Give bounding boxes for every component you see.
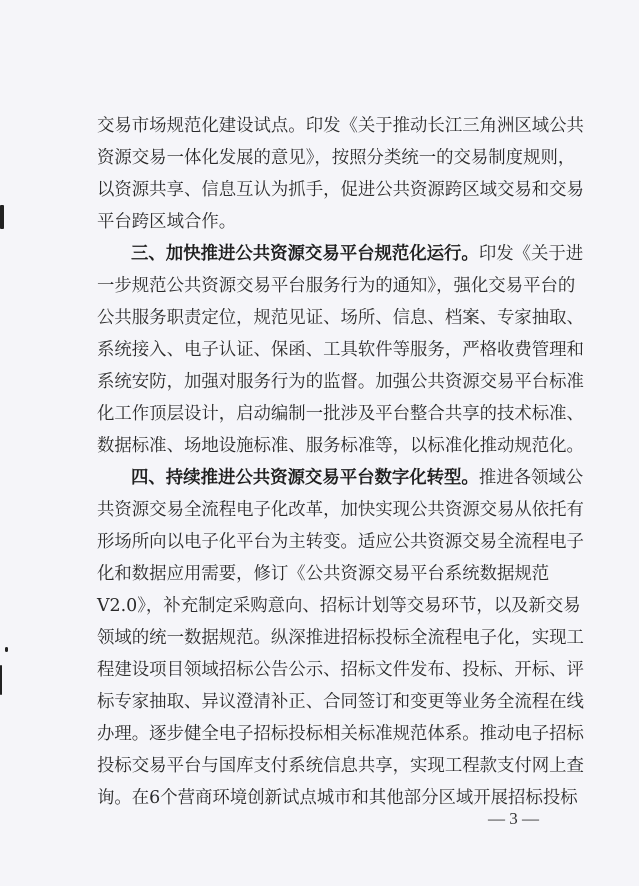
- body-line: 平台跨区域合作。: [97, 210, 549, 234]
- document-page: 交易市场规范化建设试点。印发《关于推动长江三角洲区域公共 资源交易一体化发展的意…: [0, 0, 639, 886]
- body-line: 系统安防，加强对服务行为的监督。加强公共资源交易平台标准: [97, 370, 549, 394]
- body-line: V2.0》，补充制定采购意向、招标计划等交易环节，以及新交易: [97, 594, 549, 618]
- body-line: 询。在6个营商环境创新试点城市和其他部分区域开展招标投标: [97, 786, 549, 810]
- body-line: 公共服务职责定位，规范见证、场所、信息、档案、专家抽取、: [97, 306, 549, 330]
- body-line: 一步规范公共资源交易平台服务行为的通知》，强化交易平台的: [97, 274, 549, 298]
- scan-artifact-mark: [0, 665, 2, 695]
- body-line: 交易市场规范化建设试点。印发《关于推动长江三角洲区域公共: [97, 114, 549, 138]
- body-line: 程建设项目领域招标公告公示、招标文件发布、投标、开标、评: [97, 658, 549, 682]
- scan-artifact-mark: [5, 647, 8, 652]
- body-line: 办理。逐步健全电子招标投标相关标准规范体系。推动电子招标: [97, 722, 549, 746]
- scan-artifact-mark: [0, 205, 4, 229]
- section-heading-3: 三、加快推进公共资源交易平台规范化运行。: [131, 244, 479, 264]
- body-line: 标专家抽取、异议澄清补正、合同签订和变更等业务全流程在线: [97, 690, 549, 714]
- body-text: 推进各领域公: [479, 468, 583, 488]
- body-line: 化和数据应用需要，修订《公共资源交易平台系统数据规范: [97, 562, 549, 586]
- body-line: 化工作顶层设计，启动编制一批涉及平台整合共享的技术标准、: [97, 402, 549, 426]
- body-line: 投标交易平台与国库支付系统信息共享，实现工程款支付网上查: [97, 754, 549, 778]
- section-heading-4: 四、持续推进公共资源交易平台数字化转型。: [131, 468, 479, 488]
- body-line: 领域的统一数据规范。纵深推进招标投标全流程电子化，实现工: [97, 626, 549, 650]
- body-line: 形场所向以电子化平台为主转变。适应公共资源交易全流程电子: [97, 530, 549, 554]
- section-heading-line: 三、加快推进公共资源交易平台规范化运行。印发《关于进: [97, 242, 549, 266]
- body-text: 印发《关于进: [479, 244, 583, 264]
- body-line: 以资源共享、信息互认为抓手，促进公共资源跨区域交易和交易: [97, 178, 549, 202]
- body-line: 数据标准、场地设施标准、服务标准等，以标准化推动规范化。: [97, 434, 549, 458]
- body-line: 共资源交易全流程电子化改革，加快实现公共资源交易从依托有: [97, 498, 549, 522]
- body-line: 资源交易一体化发展的意见》，按照分类统一的交易制度规则，: [97, 146, 549, 170]
- body-line: 系统接入、电子认证、保函、工具软件等服务，严格收费管理和: [97, 338, 549, 362]
- section-heading-line: 四、持续推进公共资源交易平台数字化转型。推进各领域公: [97, 466, 549, 490]
- page-number: — 3 —: [488, 808, 539, 830]
